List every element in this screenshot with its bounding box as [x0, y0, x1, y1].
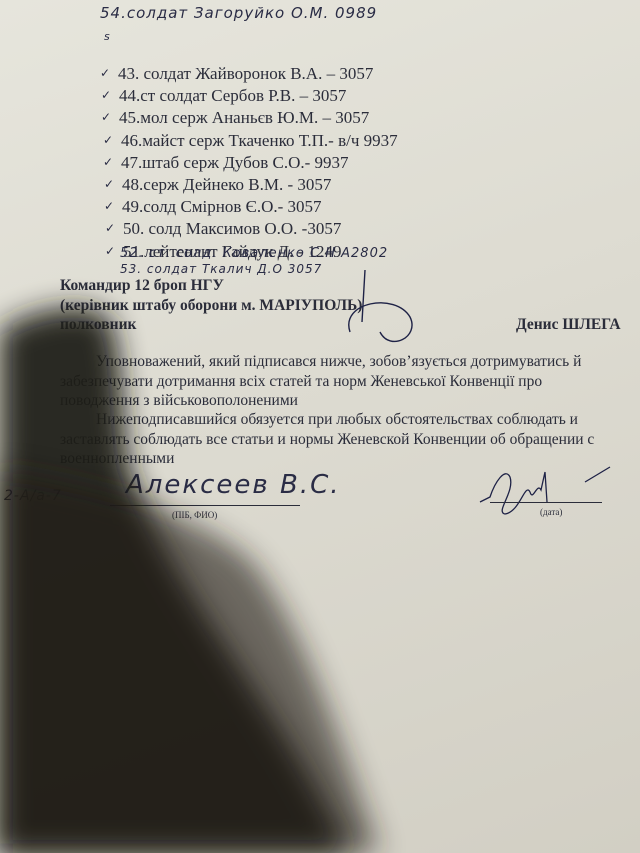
commander-rank: полковник	[60, 315, 362, 335]
check-mark-icon: ✓	[103, 155, 113, 170]
signatory-name-handwritten: Алексеев В.С.	[126, 470, 341, 500]
commander-name: Денис ШЛЕГА	[516, 315, 621, 335]
commander-title: Командир 12 броп НГУ (керівник штабу обо…	[60, 276, 362, 335]
handwritten-mark: s	[104, 30, 111, 43]
roster-entry: 44.ст солдат Сербов Р.В. – 3057	[119, 86, 346, 105]
check-mark-icon: ✓	[104, 177, 114, 192]
date-signature-line	[490, 502, 602, 503]
commander-line-2: (керівник штабу оборони м. МАРІУПОЛЬ)	[60, 296, 362, 316]
check-mark-icon: ✓	[101, 88, 111, 103]
handwritten-entry-54: 54.солдат Загоруйко О.М. 0989	[100, 4, 377, 22]
roster-entry: 43. солдат Жайворонок В.А. – 3057	[118, 64, 373, 83]
pledge-ukrainian: Уповноважений, який підписався нижче, зо…	[60, 352, 620, 411]
handwritten-entry-52: 52. ст. солд. Коваленко С.Н А2802	[120, 246, 388, 261]
roster-entry: 47.штаб серж Дубов С.О.- 9937	[121, 153, 349, 172]
pledge-russian: Нижеподписавшийся обязуется при любых об…	[60, 410, 620, 469]
roster-entry: 46.майст серж Ткаченко Т.П.- в/ч 9937	[121, 131, 398, 150]
date-caption: (дата)	[540, 507, 562, 517]
check-mark-icon: ✓	[103, 133, 113, 148]
roster-list: ✓43. солдат Жайворонок В.А. – 3057 ✓44.с…	[118, 64, 395, 264]
commander-signature	[340, 262, 460, 352]
check-mark-icon: ✓	[105, 244, 115, 259]
check-mark-icon: ✓	[101, 110, 111, 125]
roster-entry: 49.солд Смірнов Є.О.- 3057	[122, 197, 322, 216]
handwritten-entry-53: 53. солдат Ткалич Д.О 3057	[120, 262, 322, 276]
commander-line-1: Командир 12 броп НГУ	[60, 276, 362, 296]
signature-prefix: 2-А/а-7	[4, 488, 62, 504]
check-mark-icon: ✓	[104, 199, 114, 214]
name-caption: (ПІБ, ФИО)	[172, 510, 217, 520]
roster-entry: 50. солд Максимов О.О. -3057	[123, 219, 341, 238]
check-mark-icon: ✓	[100, 66, 110, 81]
roster-entry: 45.мол серж Ананьєв Ю.М. – 3057	[119, 108, 369, 127]
name-signature-line	[110, 505, 300, 506]
check-mark-icon: ✓	[105, 221, 115, 236]
roster-entry: 48.серж Дейнеко В.М. - 3057	[122, 175, 331, 194]
